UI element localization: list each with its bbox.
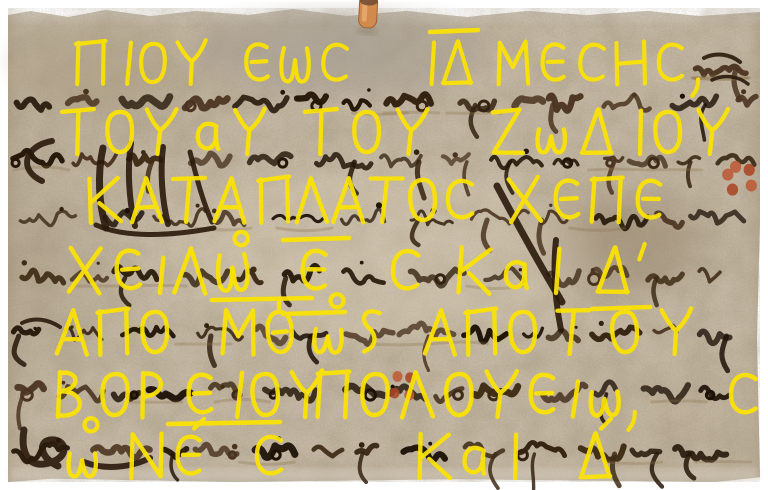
red-dot: [393, 371, 403, 382]
numeral-bar: [430, 30, 478, 32]
numeral-bar: [168, 422, 280, 424]
manuscript-art-layer: [0, 0, 768, 490]
red-dot: [722, 169, 733, 181]
numeral-bar: [283, 238, 349, 240]
numeral-bar: [592, 307, 650, 309]
red-dot: [746, 179, 757, 191]
red-dot: [744, 164, 755, 176]
red-dot: [390, 388, 400, 399]
repair-tab: [356, 0, 380, 36]
numeral-bar: [212, 298, 312, 300]
red-dot: [727, 184, 738, 196]
numeral-bar: [283, 312, 345, 314]
palimpsest-figure: ΠΙΟΥ ΕΩϹ ΙΔ ΜΕϹΗϹ, ΤΟΥ ΑΥΤΟΥ ΖΩΔΙΟΥ ΚΑΤΑ…: [0, 0, 768, 490]
